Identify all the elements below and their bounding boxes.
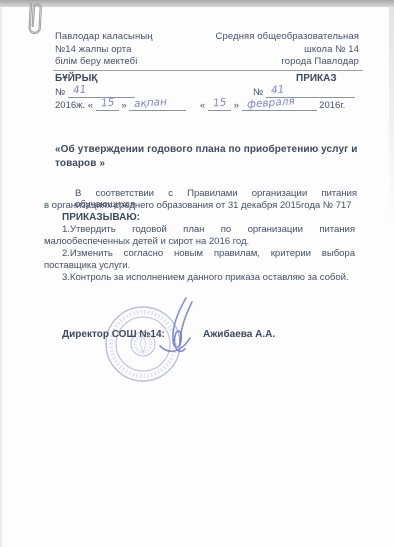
page-right-edge <box>389 7 394 227</box>
order-keyword: ПРИКАЗЫВАЮ: <box>62 212 140 223</box>
director-position-label: Директор СОШ №14: <box>62 329 165 340</box>
director-name: Ажибаева А.А. <box>203 329 275 340</box>
org-kazakh-line2: №14 жалпы орта <box>55 44 153 57</box>
handwritten-month: февраля <box>246 96 294 110</box>
org-name-russian: Средняя общеобразовательная школа № 14 г… <box>203 31 359 69</box>
document-title-line1: «Об утверждении годового плана по приобр… <box>55 143 365 157</box>
day-underline: 15 <box>208 98 231 111</box>
order-number-russian: № 41 <box>253 85 355 98</box>
order-item2-line2: поставщика услуги. <box>44 260 130 271</box>
org-kazakh-line1: Павлодар каласының <box>55 31 153 44</box>
left-quote: « <box>200 100 205 111</box>
scan-background-strip <box>0 0 394 7</box>
handwritten-day: 15 <box>213 98 227 110</box>
month-underline: февраля <box>242 98 317 111</box>
month-underline: ақпан <box>129 98 186 111</box>
org-name-kazakh: Павлодар каласының №14 жалпы орта білім … <box>55 31 153 69</box>
day-underline: 15 <box>96 98 119 111</box>
order-item2-line1: 2.Изменить согласно новым правилам, крит… <box>62 248 355 259</box>
letterhead-divider <box>53 70 363 71</box>
date-kazakh: 2016ж. « 15 » ақпан <box>55 98 186 111</box>
order-item1-line2: малообеспеченных детей и сирот на 2016 г… <box>44 236 249 247</box>
doc-type-russian: ПРИКАЗ <box>296 73 337 84</box>
handwritten-number: 41 <box>270 85 284 97</box>
order-item3: 3.Контроль за исполнением данного приказ… <box>62 272 349 283</box>
right-quote: » <box>234 100 239 111</box>
org-kazakh-line3: білім беру мектебі <box>55 56 153 69</box>
org-russian-line3: города Павлодар <box>203 56 359 69</box>
intro-paragraph-line2: в организациях среднего образования от 3… <box>44 200 352 211</box>
number-underline: 41 <box>68 85 135 98</box>
handwritten-number: 41 <box>72 85 86 97</box>
date-year-suffix: 2016г. <box>319 100 345 111</box>
left-quote: « <box>88 100 93 111</box>
date-year-prefix: 2016ж. <box>55 100 85 111</box>
order-item1-line1: 1.Утвердить годовой план по организации … <box>62 224 355 235</box>
org-russian-line2: школа № 14 <box>203 44 359 57</box>
order-number-kazakh: № 41 <box>55 85 135 98</box>
handwritten-month: ақпан <box>134 97 168 110</box>
number-sign: № <box>55 87 65 98</box>
date-russian: « 15 » февраля 2016г. <box>200 98 345 111</box>
handwritten-day: 15 <box>100 98 114 110</box>
paperclip-icon <box>23 0 47 45</box>
document-title-line2: товаров » <box>55 157 365 171</box>
document-title: «Об утверждении годового плана по приобр… <box>55 143 365 170</box>
doc-type-kazakh: БҰЙРЫҚ <box>55 73 98 84</box>
number-sign: № <box>253 87 263 98</box>
scanned-order-document: Павлодар каласының №14 жалпы орта білім … <box>0 0 394 547</box>
right-quote: » <box>121 100 126 111</box>
org-russian-line1: Средняя общеобразовательная <box>203 31 359 44</box>
page-left-edge <box>0 7 2 547</box>
